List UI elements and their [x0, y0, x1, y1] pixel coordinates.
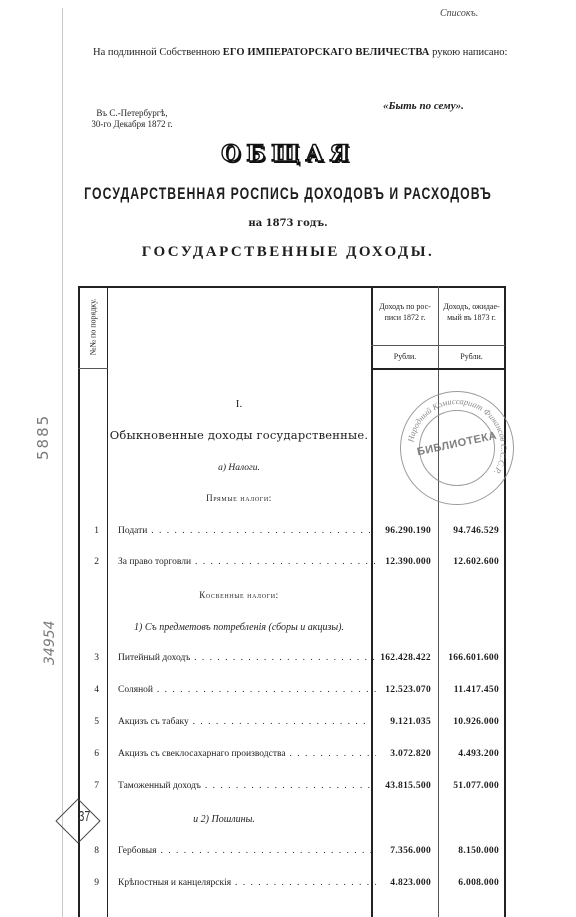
row-num: 6: [78, 749, 107, 759]
row-label: Крѣпостныя и канцелярскія: [118, 878, 376, 888]
row-value-1873: 4.493.200: [438, 749, 499, 759]
table-row: 1 Подати 96.290.190 94.746.529: [78, 526, 505, 542]
subsection-taxes: а) Налоги.: [107, 463, 371, 473]
row-value-1872: 96.290.190: [371, 526, 431, 536]
row-value-1873: 8.150.000: [438, 846, 499, 856]
row-value-1872: 162.428.422: [371, 653, 431, 663]
row-num: 7: [78, 781, 107, 791]
table-row: 4 Соляной 12.523.070 11.417.450: [78, 685, 505, 701]
direct-taxes-heading: Прямые налоги:: [107, 493, 371, 503]
row-label: Подати: [118, 526, 376, 536]
unit-1872: Рубли.: [372, 351, 438, 362]
row-number-header: №№ по порядку.: [78, 286, 107, 368]
row-num: 3: [78, 653, 107, 663]
approval-caps: ЕГО ИМПЕРАТОРСКАГО ВЕЛИЧЕСТВА: [223, 47, 430, 58]
row-num: 2: [78, 557, 107, 567]
table-row: 7 Таможенный доходъ 43.815.500 51.077.00…: [78, 781, 505, 797]
duties-heading: и 2) Пошлины.: [107, 814, 371, 825]
handwritten-inventory-number: 34954: [42, 620, 58, 665]
section-title: Обыкновенные доходы государственные.: [107, 428, 371, 442]
unit-divider: [371, 345, 505, 346]
resolution: «Быть по сему».: [383, 100, 464, 112]
row-value-1873: 94.746.529: [438, 526, 499, 536]
place-date: Въ С.-Петербургѣ, 30-го Декабря 1872 г.: [82, 108, 182, 130]
approval-prefix: На подлинной Собственною: [93, 47, 220, 58]
imperial-approval-line: На подлинной Собственною ЕГО ИМПЕРАТОРСК…: [0, 47, 576, 58]
row-value-1872: 3.072.820: [371, 749, 431, 759]
row-label: Гербовыя: [118, 846, 376, 856]
row-value-1872: 12.523.070: [371, 685, 431, 695]
col-header-1873: Доходъ, ожидае- мый въ 1873 г.: [439, 301, 504, 323]
row-value-1872: 7.356.000: [371, 846, 431, 856]
row-label: За право торговли: [118, 557, 376, 567]
row-label: Питейный доходъ: [118, 653, 376, 663]
library-stamp: Народный Комиссариат Финансов С.С.С.Р. Б…: [400, 391, 514, 505]
indirect-taxes-heading: Косвенные налоги:: [107, 590, 371, 600]
row-value-1873: 12.602.600: [438, 557, 499, 567]
consumption-heading: 1) Съ предметовъ потребленія (сборы и ак…: [107, 622, 371, 633]
table-right-border: [504, 286, 506, 917]
row-value-1872: 43.815.500: [371, 781, 431, 791]
row-value-1872: 12.390.000: [371, 557, 431, 567]
row-num: 9: [78, 878, 107, 888]
list-label: Списокъ.: [440, 8, 478, 19]
table-row: 8 Гербовыя 7.356.000 8.150.000: [78, 846, 505, 862]
table-row: 3 Питейный доходъ 162.428.422 166.601.60…: [78, 653, 505, 669]
num-header-bottom: [78, 368, 108, 369]
row-number-header-text: №№ по порядку.: [88, 299, 97, 356]
col-divider-values: [438, 286, 439, 917]
row-label: Акцизъ съ табаку: [118, 717, 376, 727]
title-year: на 1873 годъ.: [0, 218, 576, 229]
col-divider-label: [371, 286, 373, 917]
header-bottom: [371, 368, 505, 370]
row-label: Таможенный доходъ: [118, 781, 376, 791]
handwritten-margin-number: 5885: [34, 414, 52, 460]
col-header-1872: Доходъ по рос- писи 1872 г.: [372, 301, 438, 323]
table-row: 5 Акцизъ съ табаку 9.121.035 10.926.000: [78, 717, 505, 733]
table-row: 9 Крѣпостныя и канцелярскія 4.823.000 6.…: [78, 878, 505, 894]
table-top-border: [78, 286, 506, 288]
title-general: ОБЩАЯ: [0, 141, 576, 167]
row-num: 1: [78, 526, 107, 536]
col-header-1872-line2: писи 1872 г.: [372, 312, 438, 323]
row-value-1873: 6.008.000: [438, 878, 499, 888]
row-value-1873: 10.926.000: [438, 717, 499, 727]
row-num: 4: [78, 685, 107, 695]
place-line: Въ С.-Петербургѣ,: [82, 108, 182, 119]
col-header-1873-line2: мый въ 1873 г.: [439, 312, 504, 323]
row-label: Соляной: [118, 685, 376, 695]
row-value-1873: 51.077.000: [438, 781, 499, 791]
row-label: Акцизъ съ свеклосахарнаго производства: [118, 749, 376, 759]
row-value-1873: 11.417.450: [438, 685, 499, 695]
col-header-1873-line1: Доходъ, ожидае-: [439, 301, 504, 312]
table-row: 2 За право торговли 12.390.000 12.602.60…: [78, 557, 505, 573]
col-header-1872-line1: Доходъ по рос-: [372, 301, 438, 312]
row-num: 5: [78, 717, 107, 727]
table-row: 6 Акцизъ съ свеклосахарнаго производства…: [78, 749, 505, 765]
handwritten-boxed-number: 37: [79, 808, 91, 825]
approval-suffix: рукою написано:: [432, 47, 507, 58]
unit-1873: Рубли.: [439, 351, 504, 362]
title-budget: ГОСУДАРСТВЕННАЯ РОСПИСЬ ДОХОДОВЪ И РАСХО…: [81, 184, 496, 204]
title-revenues: ГОСУДАРСТВЕННЫЕ ДОХОДЫ.: [0, 244, 576, 261]
date-line: 30-го Декабря 1872 г.: [82, 119, 182, 130]
row-value-1872: 9.121.035: [371, 717, 431, 727]
row-num: 8: [78, 846, 107, 856]
row-value-1873: 166.601.600: [438, 653, 499, 663]
row-value-1872: 4.823.000: [371, 878, 431, 888]
section-roman: I.: [107, 398, 371, 410]
